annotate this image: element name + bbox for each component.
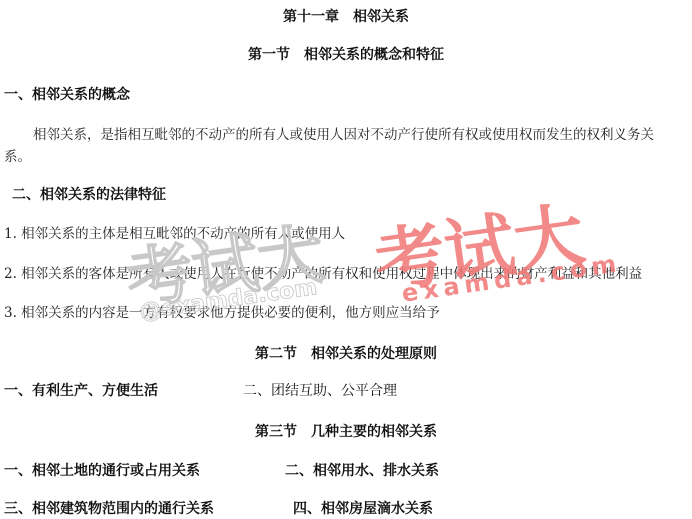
section-1-part-2-heading: 二、相邻关系的法律特征 [12,184,166,204]
legal-feature-item-1: 1. 相邻关系的主体是相互毗邻的不动产的所有人或使用人 [4,222,345,242]
relation-2: 二、相邻用水、排水关系 [285,460,439,480]
principle-2: 二、团结互助、公平合理 [243,380,397,400]
legal-feature-item-3: 3. 相邻关系的内容是一方有权要求他方提供必要的便利，他方则应当给予 [4,301,440,321]
chapter-title: 第十一章 相邻关系 [0,6,692,26]
section-1-part-1-heading: 一、相邻关系的概念 [4,84,130,104]
concept-paragraph-line-1: 相邻关系，是指相互毗邻的不动产的所有人或使用人因对不动产行使所有权或使用权而发生… [33,123,654,143]
watermark-red-logo: 考试大 [368,179,590,308]
relation-4: 四、相邻房屋滴水关系 [293,498,433,518]
relation-3: 三、相邻建筑物范围内的通行关系 [4,498,214,518]
legal-feature-item-2: 2. 相邻关系的客体是所有人或使用人在行使不动产的所有权和使用权过程中体现出来的… [4,262,642,282]
section-3-title: 第三节 几种主要的相邻关系 [0,421,692,441]
relation-1: 一、相邻土地的通行或占用关系 [4,460,200,480]
principle-1: 一、有利生产、方便生活 [4,380,158,400]
section-1-title: 第一节 相邻关系的概念和特征 [0,44,692,64]
section-2-title: 第二节 相邻关系的处理原则 [0,343,692,363]
concept-paragraph-line-2: 系。 [4,145,31,165]
